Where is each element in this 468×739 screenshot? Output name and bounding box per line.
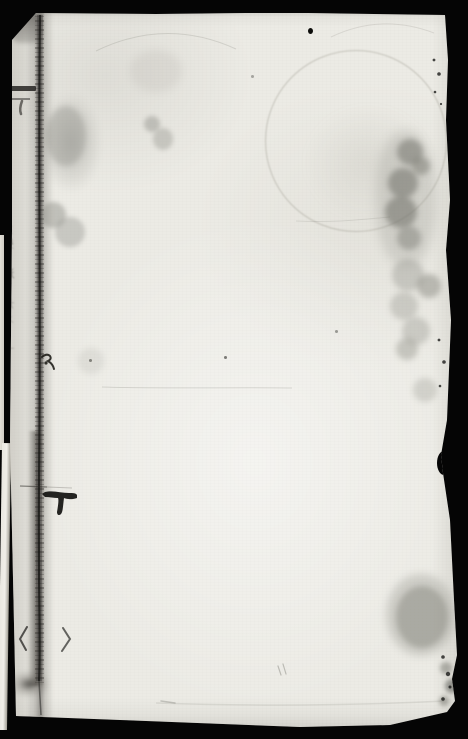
water-ring-inner-tint <box>306 107 431 219</box>
stain-cluster-2 <box>417 274 441 298</box>
speck-1 <box>89 359 92 362</box>
stain-double-blob-a <box>144 116 160 132</box>
speck-2 <box>251 75 254 78</box>
pencil-dash <box>161 701 175 703</box>
speck-3 <box>224 356 227 359</box>
book-page: 彡乆卜辶丶廾㐅丨一 <box>6 11 458 727</box>
crease-bottom-faint <box>156 701 444 705</box>
stain-faint-top-tint <box>130 50 182 92</box>
crease-arc-left <box>96 33 236 51</box>
stain-cluster-3 <box>390 292 418 320</box>
speck-4 <box>335 330 338 333</box>
gutter-lower-shadow <box>28 431 44 686</box>
stain-corner-speck-c <box>439 696 449 706</box>
binding-edge-strip: 彡乆卜辶丶廾㐅丨一 <box>6 11 28 727</box>
pencil-scribble <box>278 664 286 675</box>
wormhole-dot <box>308 28 313 34</box>
crease-middle <box>102 387 292 388</box>
stain-corner-speck-a <box>440 662 452 674</box>
stain-bottom-right-halo <box>386 574 456 656</box>
stain-crescent-5 <box>397 226 421 250</box>
crease-arc-right <box>331 24 434 37</box>
right-edge-notch-small <box>446 244 454 256</box>
underpage-edge-sliver-lower <box>0 443 11 730</box>
stain-fuzzy-faint <box>78 348 104 374</box>
stain-spine-pair-b <box>55 217 85 247</box>
right-edge-notch <box>437 451 451 475</box>
ink-right-bracket <box>62 628 70 651</box>
stain-cluster-1 <box>392 259 424 291</box>
stain-double-blob-b <box>153 128 173 150</box>
stain-cluster-4 <box>402 317 430 345</box>
stain-single-right <box>413 378 437 402</box>
stain-cluster-5 <box>396 338 418 360</box>
underpage-edge-sliver-upper <box>0 235 4 450</box>
stain-corner-speck-b <box>445 679 459 693</box>
stain-bottom-right-core <box>396 586 448 648</box>
book-scan-stage: 彡乆卜辶丶廾㐅丨一 <box>0 0 468 739</box>
